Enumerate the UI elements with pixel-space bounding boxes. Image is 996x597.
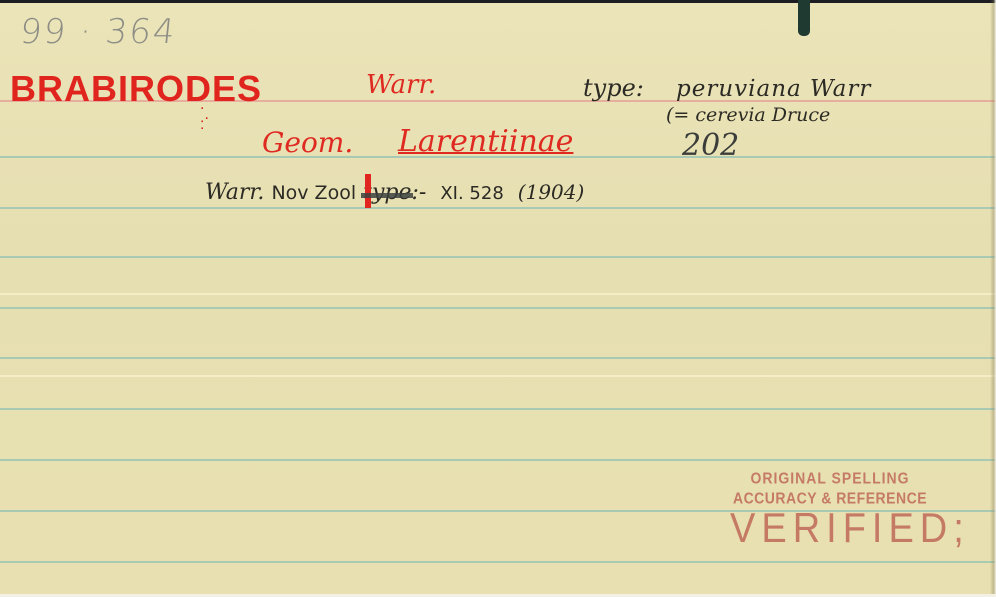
page-reference: 202 [682,128,739,163]
subfamily-name: Larentiinae [398,124,573,159]
rule-line [0,561,996,563]
index-card: 99 · 364 BRABIRODES Warr. type: peruvian… [0,0,996,597]
genus-author: Warr. [366,70,436,100]
index-tab-marker [798,0,810,36]
struck-type-word: type [363,180,411,205]
rule-line [0,459,996,461]
red-correction-mark [365,174,371,208]
stamp-verified: VERIFIED; [730,506,930,553]
genus-name: BRABIRODES [10,68,262,110]
citation-author: Warr. [205,180,264,205]
rule-line [0,256,996,258]
rule-line [0,307,996,309]
rule-line [0,207,996,209]
dotted-connector: . .: [200,100,209,130]
family-name: Geom. [262,126,353,159]
rule-line [0,408,996,410]
citation-line: Warr. Nov Zool type:- XI. 528 (1904) [205,180,584,205]
citation-journal: Nov Zool [271,182,356,204]
stamp-line-1: ORIGINAL SPELLING [730,469,930,487]
citation-separator: :- [411,180,426,205]
synonym-note: (= cerevia Druce [666,104,830,126]
type-species: peruviana Warr [676,76,871,102]
catalog-number: 99 · 364 [18,12,179,52]
type-label: type: [583,74,644,102]
card-top-edge [0,0,996,3]
paper-crease [0,375,996,377]
stamp-line-2: ACCURACY & REFERENCE [730,489,930,507]
paper-crease [0,293,996,295]
verified-stamp: ORIGINAL SPELLING ACCURACY & REFERENCE V… [730,470,930,551]
citation-volume-page: XI. 528 [440,183,503,204]
citation-year: (1904) [518,180,585,204]
card-right-edge [990,0,996,597]
rule-line [0,357,996,359]
